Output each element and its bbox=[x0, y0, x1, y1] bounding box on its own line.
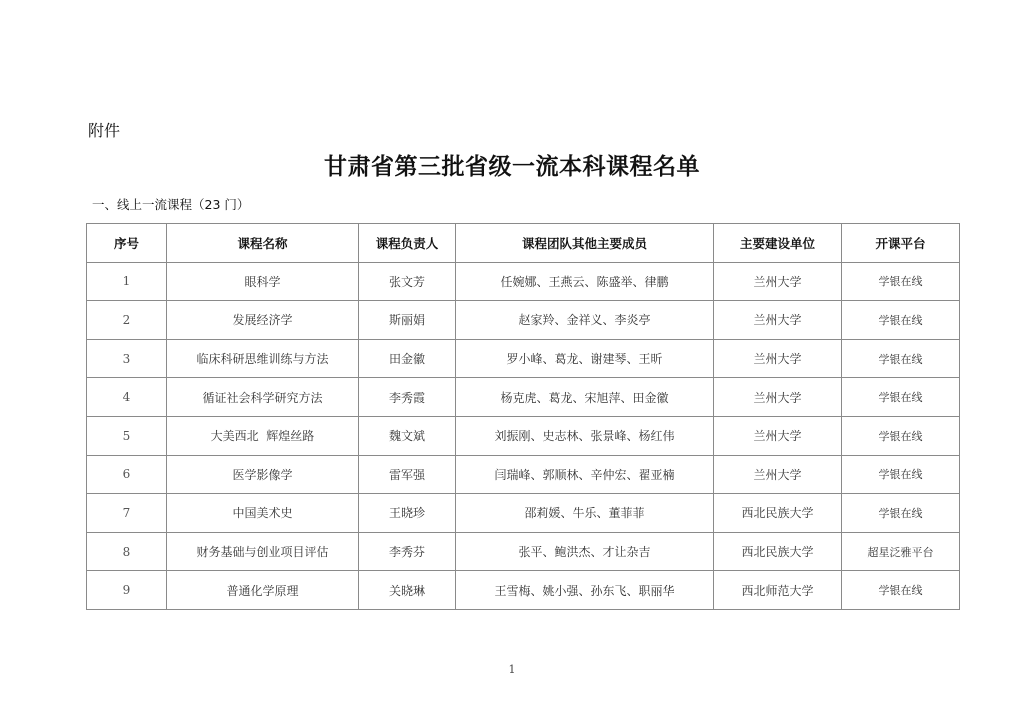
cell-construction-unit: 西北民族大学 bbox=[714, 532, 842, 571]
cell-team-members: 张平、鲍洪杰、才让杂吉 bbox=[456, 532, 714, 571]
header-construction-unit: 主要建设单位 bbox=[714, 224, 842, 263]
cell-team-members: 王雪梅、姚小强、孙东飞、职丽华 bbox=[456, 571, 714, 610]
cell-course-lead: 田金徽 bbox=[359, 339, 456, 378]
cell-team-members: 罗小峰、葛龙、谢建琴、王昕 bbox=[456, 339, 714, 378]
cell-course-name: 财务基础与创业项目评估 bbox=[167, 532, 359, 571]
header-team-members: 课程团队其他主要成员 bbox=[456, 224, 714, 263]
cell-construction-unit: 兰州大学 bbox=[714, 301, 842, 340]
table-row: 2 发展经济学 斯丽娟 赵家羚、金祥义、李炎亭 兰州大学 学银在线 bbox=[87, 301, 960, 340]
cell-team-members: 任婉娜、王燕云、陈盛举、律鹏 bbox=[456, 262, 714, 301]
table-row: 1 眼科学 张文芳 任婉娜、王燕云、陈盛举、律鹏 兰州大学 学银在线 bbox=[87, 262, 960, 301]
header-course-name: 课程名称 bbox=[167, 224, 359, 263]
cell-construction-unit: 西北民族大学 bbox=[714, 494, 842, 533]
section-heading: 一、线上一流课程（23 门） bbox=[92, 195, 249, 213]
cell-platform: 超星泛雅平台 bbox=[842, 532, 960, 571]
cell-course-lead: 李秀霞 bbox=[359, 378, 456, 417]
page-number: 1 bbox=[0, 663, 1024, 676]
header-platform: 开课平台 bbox=[842, 224, 960, 263]
cell-team-members: 闫瑞峰、郭顺林、辛仲宏、翟亚楠 bbox=[456, 455, 714, 494]
table-row: 4 循证社会科学研究方法 李秀霞 杨克虎、葛龙、宋旭萍、田金徽 兰州大学 学银在… bbox=[87, 378, 960, 417]
cell-course-lead: 魏文斌 bbox=[359, 416, 456, 455]
table-row: 6 医学影像学 雷军强 闫瑞峰、郭顺林、辛仲宏、翟亚楠 兰州大学 学银在线 bbox=[87, 455, 960, 494]
cell-seq: 6 bbox=[87, 455, 167, 494]
cell-seq: 5 bbox=[87, 416, 167, 455]
cell-course-lead: 张文芳 bbox=[359, 262, 456, 301]
header-course-lead: 课程负责人 bbox=[359, 224, 456, 263]
cell-course-lead: 关晓琳 bbox=[359, 571, 456, 610]
cell-team-members: 赵家羚、金祥义、李炎亭 bbox=[456, 301, 714, 340]
cell-construction-unit: 兰州大学 bbox=[714, 262, 842, 301]
cell-seq: 9 bbox=[87, 571, 167, 610]
cell-course-lead: 王晓珍 bbox=[359, 494, 456, 533]
cell-platform: 学银在线 bbox=[842, 494, 960, 533]
cell-team-members: 杨克虎、葛龙、宋旭萍、田金徽 bbox=[456, 378, 714, 417]
cell-team-members: 刘振刚、史志林、张景峰、杨红伟 bbox=[456, 416, 714, 455]
cell-seq: 3 bbox=[87, 339, 167, 378]
cell-construction-unit: 西北师范大学 bbox=[714, 571, 842, 610]
attachment-label: 附件 bbox=[88, 118, 120, 141]
cell-course-lead: 雷军强 bbox=[359, 455, 456, 494]
cell-seq: 7 bbox=[87, 494, 167, 533]
cell-platform: 学银在线 bbox=[842, 301, 960, 340]
cell-platform: 学银在线 bbox=[842, 378, 960, 417]
cell-course-name: 临床科研思维训练与方法 bbox=[167, 339, 359, 378]
cell-course-name: 普通化学原理 bbox=[167, 571, 359, 610]
course-table: 序号 课程名称 课程负责人 课程团队其他主要成员 主要建设单位 开课平台 1 眼… bbox=[86, 223, 960, 610]
cell-course-name: 医学影像学 bbox=[167, 455, 359, 494]
header-seq: 序号 bbox=[87, 224, 167, 263]
cell-platform: 学银在线 bbox=[842, 339, 960, 378]
cell-platform: 学银在线 bbox=[842, 455, 960, 494]
cell-construction-unit: 兰州大学 bbox=[714, 339, 842, 378]
cell-course-name: 发展经济学 bbox=[167, 301, 359, 340]
cell-course-lead: 李秀芬 bbox=[359, 532, 456, 571]
table-row: 8 财务基础与创业项目评估 李秀芬 张平、鲍洪杰、才让杂吉 西北民族大学 超星泛… bbox=[87, 532, 960, 571]
cell-course-name: 大美西北 辉煌丝路 bbox=[167, 416, 359, 455]
cell-course-name: 循证社会科学研究方法 bbox=[167, 378, 359, 417]
table-row: 3 临床科研思维训练与方法 田金徽 罗小峰、葛龙、谢建琴、王昕 兰州大学 学银在… bbox=[87, 339, 960, 378]
cell-seq: 8 bbox=[87, 532, 167, 571]
cell-construction-unit: 兰州大学 bbox=[714, 416, 842, 455]
cell-seq: 1 bbox=[87, 262, 167, 301]
cell-platform: 学银在线 bbox=[842, 262, 960, 301]
cell-course-name: 眼科学 bbox=[167, 262, 359, 301]
cell-platform: 学银在线 bbox=[842, 416, 960, 455]
table-row: 7 中国美术史 王晓珍 邵莉媛、牛乐、董菲菲 西北民族大学 学银在线 bbox=[87, 494, 960, 533]
cell-platform: 学银在线 bbox=[842, 571, 960, 610]
cell-seq: 2 bbox=[87, 301, 167, 340]
cell-construction-unit: 兰州大学 bbox=[714, 378, 842, 417]
document-title: 甘肃省第三批省级一流本科课程名单 bbox=[0, 148, 1024, 181]
cell-course-name: 中国美术史 bbox=[167, 494, 359, 533]
cell-construction-unit: 兰州大学 bbox=[714, 455, 842, 494]
table-header-row: 序号 课程名称 课程负责人 课程团队其他主要成员 主要建设单位 开课平台 bbox=[87, 224, 960, 263]
cell-course-lead: 斯丽娟 bbox=[359, 301, 456, 340]
cell-seq: 4 bbox=[87, 378, 167, 417]
table-row: 5 大美西北 辉煌丝路 魏文斌 刘振刚、史志林、张景峰、杨红伟 兰州大学 学银在… bbox=[87, 416, 960, 455]
cell-team-members: 邵莉媛、牛乐、董菲菲 bbox=[456, 494, 714, 533]
table-row: 9 普通化学原理 关晓琳 王雪梅、姚小强、孙东飞、职丽华 西北师范大学 学银在线 bbox=[87, 571, 960, 610]
